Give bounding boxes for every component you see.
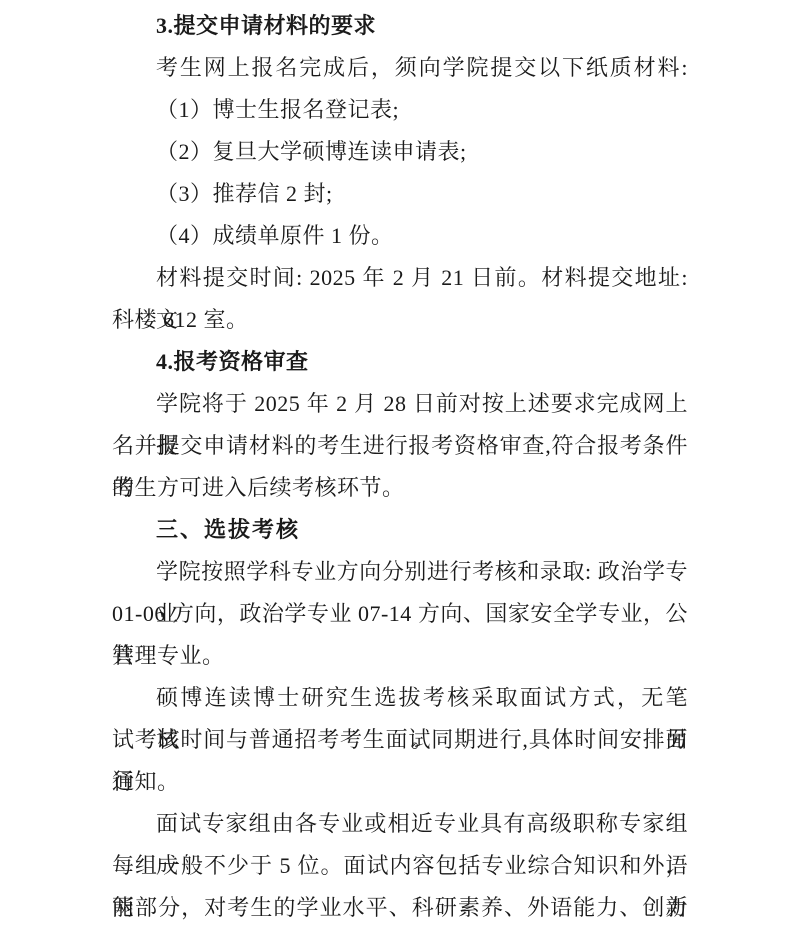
selection-paragraph-line-1: 学院按照学科专业方向分别进行考核和录取: 政治学专业 — [112, 551, 688, 593]
panel-paragraph-line-2: 每组一般不少于 5 位。面试内容包括专业综合知识和外语能力 — [112, 845, 688, 887]
deadline-paragraph-line-2: 科楼 612 室。 — [112, 299, 688, 341]
document-page: 3.提交申请材料的要求 考生网上报名完成后，须向学院提交以下纸质材料: （1）博… — [0, 0, 799, 930]
section-3-heading: 3.提交申请材料的要求 — [112, 5, 688, 47]
list-item-3: （3）推荐信 2 封; — [112, 173, 688, 215]
panel-paragraph-line-3: 两部分，对考生的学业水平、科研素养、外语能力、创新潜质、 — [112, 887, 688, 929]
review-paragraph-line-3: 考生方可进入后续考核环节。 — [112, 467, 688, 509]
selection-paragraph-line-2: 01-06 方向，政治学专业 07-14 方向、国家安全学专业，公共 — [112, 593, 688, 635]
interview-paragraph-line-3: 通知。 — [112, 761, 688, 803]
list-item-1: （1）博士生报名登记表; — [112, 89, 688, 131]
selection-paragraph-line-3: 管理专业。 — [112, 635, 688, 677]
paragraph-intro-line: 考生网上报名完成后，须向学院提交以下纸质材料: — [112, 47, 688, 89]
review-paragraph-line-2: 名并提交申请材料的考生进行报考资格审查,符合报考条件的 — [112, 425, 688, 467]
section-4-heading: 4.报考资格审查 — [112, 341, 688, 383]
part-3-heading: 三、选拔考核 — [112, 509, 688, 551]
list-item-4: （4）成绩单原件 1 份。 — [112, 215, 688, 257]
list-item-2: （2）复旦大学硕博连读申请表; — [112, 131, 688, 173]
review-paragraph-line-1: 学院将于 2025 年 2 月 28 日前对按上述要求完成网上报 — [112, 383, 688, 425]
interview-paragraph-line-1: 硕博连读博士研究生选拔考核采取面试方式，无笔试。面 — [112, 677, 688, 719]
interview-paragraph-line-2: 试考核时间与普通招考考生面试同期进行,具体时间安排另行 — [112, 719, 688, 761]
panel-paragraph-line-1: 面试专家组由各专业或相近专业具有高级职称专家组成， — [112, 803, 688, 845]
deadline-paragraph-line-1: 材料提交时间: 2025 年 2 月 21 日前。材料提交地址: 文 — [112, 257, 688, 299]
